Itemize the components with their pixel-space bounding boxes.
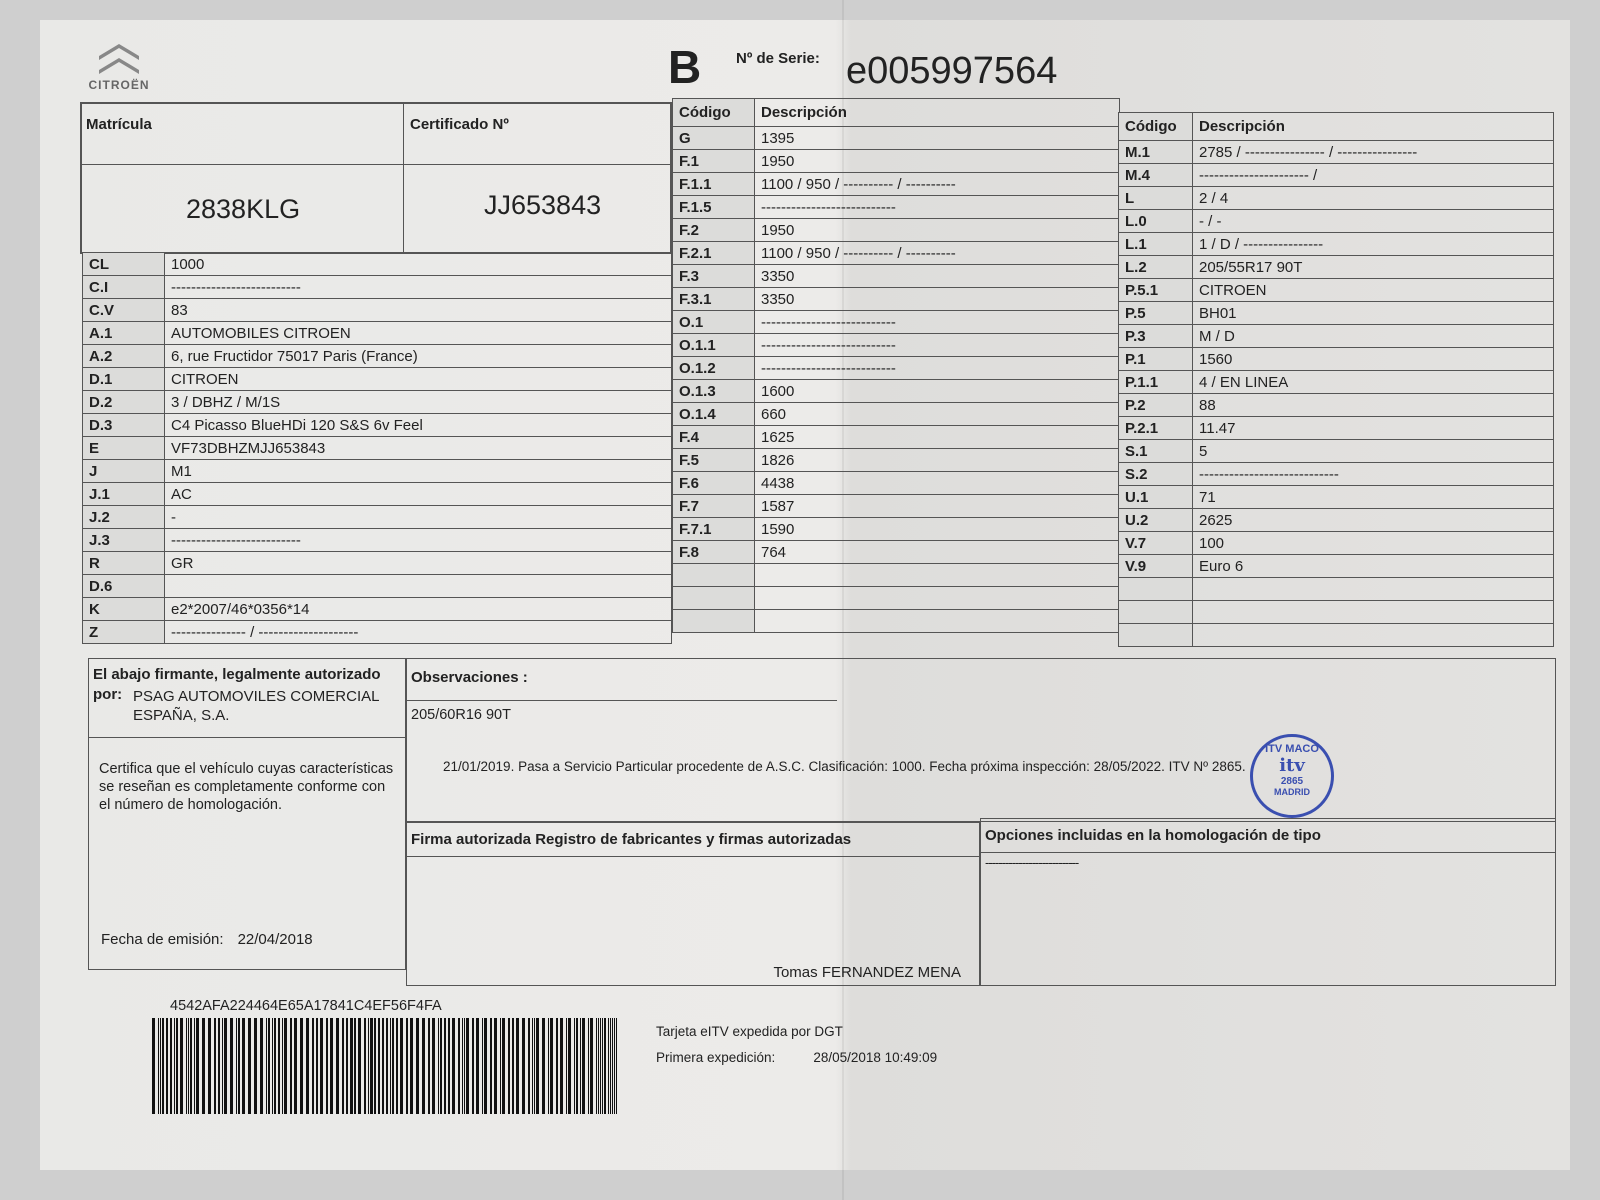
field-code: C.V: [83, 299, 165, 322]
field-value: 1625: [755, 426, 1120, 449]
field-code: [1119, 578, 1193, 601]
signatory-name: Tomas FERNANDEZ MENA: [773, 964, 961, 981]
citroen-logo: CITROËN: [78, 38, 160, 92]
table-row: [673, 610, 1120, 633]
table-row: P.3M / D: [1119, 325, 1554, 348]
field-code: F.4: [673, 426, 755, 449]
field-code: P.5.1: [1119, 279, 1193, 302]
registration-box: Matrícula 2838KLG Certificado Nº JJ65384…: [80, 102, 672, 254]
field-code: J.2: [83, 506, 165, 529]
table-row: C.I--------------------------: [83, 276, 672, 299]
field-value: 88: [1193, 394, 1554, 417]
table-row: RGR: [83, 552, 672, 575]
field-code: V.9: [1119, 555, 1193, 578]
field-code: S.2: [1119, 463, 1193, 486]
table-row: P.288: [1119, 394, 1554, 417]
table-row: F.33350: [673, 265, 1120, 288]
field-value: M1: [165, 460, 672, 483]
field-value: M / D: [1193, 325, 1554, 348]
field-value: CITROEN: [165, 368, 672, 391]
field-code: M.1: [1119, 141, 1193, 164]
field-code: D.3: [83, 414, 165, 437]
opciones-box: Opciones incluidas en la homologación de…: [980, 818, 1556, 986]
table-row: J.2-: [83, 506, 672, 529]
field-code: J.3: [83, 529, 165, 552]
field-code: O.1.4: [673, 403, 755, 426]
issued-by-text: Tarjeta eITV expedida por DGT: [656, 1024, 843, 1039]
observaciones-note: 21/01/2019. Pasa a Servicio Particular p…: [443, 759, 1246, 774]
table-row: A.26, rue Fructidor 75017 Paris (France): [83, 345, 672, 368]
observaciones-label: Observaciones :: [407, 659, 837, 701]
field-code: P.2: [1119, 394, 1193, 417]
table-row: JM1: [83, 460, 672, 483]
field-code: F.2.1: [673, 242, 755, 265]
stamp-top-text: ITV MACO: [1253, 743, 1331, 755]
field-value: ---------------------------: [755, 357, 1120, 380]
table-row: S.2----------------------------: [1119, 463, 1554, 486]
field-value: ---------------------- /: [1193, 164, 1554, 187]
field-value: [755, 587, 1120, 610]
field-value: 1590: [755, 518, 1120, 541]
field-value: 1 / D / ----------------: [1193, 233, 1554, 256]
table-row: C.V83: [83, 299, 672, 322]
field-value: --------------------------: [165, 276, 672, 299]
matricula-label: Matrícula: [86, 116, 152, 133]
opciones-label: Opciones incluidas en la homologación de…: [981, 819, 1555, 853]
field-code: J.1: [83, 483, 165, 506]
table-row: [673, 564, 1120, 587]
table-row: F.71587: [673, 495, 1120, 518]
field-value: 1100 / 950 / ---------- / ----------: [755, 242, 1120, 265]
field-value: 3350: [755, 265, 1120, 288]
first-issue-value: 28/05/2018 10:49:09: [813, 1050, 937, 1065]
table-row: O.1.2---------------------------: [673, 357, 1120, 380]
table-row: F.11950: [673, 150, 1120, 173]
table-row: P.5.1CITROEN: [1119, 279, 1554, 302]
barcode-icon: [152, 1018, 618, 1114]
table-row: M.4---------------------- /: [1119, 164, 1554, 187]
first-issue: Primera expedición:28/05/2018 10:49:09: [656, 1050, 937, 1065]
field-code: F.6: [673, 472, 755, 495]
matricula-cell: Matrícula 2838KLG: [82, 104, 404, 252]
field-value: 1950: [755, 219, 1120, 242]
signer-company: PSAG AUTOMOVILES COMERCIAL ESPAÑA, S.A.: [89, 687, 405, 725]
signer-company-line2: ESPAÑA, S.A.: [133, 706, 405, 725]
field-code: L.2: [1119, 256, 1193, 279]
firma-box: Firma autorizada Registro de fabricantes…: [406, 822, 980, 986]
field-value: ---------------------------: [755, 311, 1120, 334]
table-row: [1119, 624, 1554, 647]
table-row: S.15: [1119, 440, 1554, 463]
table-row: O.1.31600: [673, 380, 1120, 403]
field-value: 3 / DBHZ / M/1S: [165, 391, 672, 414]
field-code: O.1.2: [673, 357, 755, 380]
field-code: F.1.5: [673, 196, 755, 219]
col-header-descripcion: Descripción: [755, 99, 1120, 127]
certificado-cell: Certificado Nº JJ653843: [404, 104, 672, 252]
field-code: O.1: [673, 311, 755, 334]
issue-date: Fecha de emisión:22/04/2018: [101, 931, 313, 948]
field-code: A.1: [83, 322, 165, 345]
field-code: G: [673, 127, 755, 150]
category-letter: B: [668, 40, 701, 94]
col-header-codigo: Código: [1119, 113, 1193, 141]
field-value: 2 / 4: [1193, 187, 1554, 210]
field-value: 1100 / 950 / ---------- / ----------: [755, 173, 1120, 196]
observaciones-box: Observaciones : 205/60R16 90T 21/01/2019…: [406, 658, 1556, 822]
table-row: D.1CITROEN: [83, 368, 672, 391]
field-code: F.7: [673, 495, 755, 518]
field-value: 6, rue Fructidor 75017 Paris (France): [165, 345, 672, 368]
matricula-value: 2838KLG: [186, 194, 300, 225]
field-code: O.1.1: [673, 334, 755, 357]
field-value: 205/55R17 90T: [1193, 256, 1554, 279]
table-row: L2 / 4: [1119, 187, 1554, 210]
field-code: P.2.1: [1119, 417, 1193, 440]
stamp-number: 2865: [1253, 776, 1331, 787]
field-code: F.1.1: [673, 173, 755, 196]
field-code: P.5: [1119, 302, 1193, 325]
field-code: R: [83, 552, 165, 575]
table-row: J.1AC: [83, 483, 672, 506]
field-code: E: [83, 437, 165, 460]
field-code: S.1: [1119, 440, 1193, 463]
serie-number: e005997564: [846, 50, 1057, 93]
field-value: 4 / EN LINEA: [1193, 371, 1554, 394]
barcode-text: 4542AFA224464E65A17841C4EF56F4FA: [170, 998, 442, 1014]
field-code: U.2: [1119, 509, 1193, 532]
field-value: ----------------------------: [1193, 463, 1554, 486]
field-value: 11.47: [1193, 417, 1554, 440]
signer-box: El abajo firmante, legalmente autorizado…: [88, 658, 406, 970]
field-code: F.3: [673, 265, 755, 288]
field-value: 5: [1193, 440, 1554, 463]
field-value: [165, 575, 672, 598]
table-row: [673, 587, 1120, 610]
field-code: L.1: [1119, 233, 1193, 256]
field-code: P.1: [1119, 348, 1193, 371]
field-value: 3350: [755, 288, 1120, 311]
table-row: L.2205/55R17 90T: [1119, 256, 1554, 279]
itv-stamp: ITV MACO itv 2865 MADRID: [1250, 734, 1334, 818]
table-row: M.12785 / ---------------- / -----------…: [1119, 141, 1554, 164]
field-value: -: [165, 506, 672, 529]
field-value: - / -: [1193, 210, 1554, 233]
field-code: K: [83, 598, 165, 621]
field-value: --------------- / --------------------: [165, 621, 672, 644]
field-value: [1193, 601, 1554, 624]
opciones-value: ----------------------------: [981, 853, 1555, 872]
certificado-value: JJ653843: [484, 190, 601, 221]
table-row: D.3C4 Picasso BlueHDi 120 S&S 6v Feel: [83, 414, 672, 437]
table-row: F.51826: [673, 449, 1120, 472]
field-value: 1587: [755, 495, 1120, 518]
field-code: L: [1119, 187, 1193, 210]
field-code: F.7.1: [673, 518, 755, 541]
field-code: L.0: [1119, 210, 1193, 233]
field-code: A.2: [83, 345, 165, 368]
field-value: AUTOMOBILES CITROEN: [165, 322, 672, 345]
field-value: [755, 564, 1120, 587]
field-value: 1560: [1193, 348, 1554, 371]
table-row: [1119, 601, 1554, 624]
field-code: M.4: [1119, 164, 1193, 187]
table-row: O.1---------------------------: [673, 311, 1120, 334]
field-code: [673, 587, 755, 610]
field-code: [673, 610, 755, 633]
field-code: D.2: [83, 391, 165, 414]
table-row: L.11 / D / ----------------: [1119, 233, 1554, 256]
field-value: 660: [755, 403, 1120, 426]
field-value: 71: [1193, 486, 1554, 509]
issue-date-value: 22/04/2018: [238, 931, 313, 948]
table-row: F.7.11590: [673, 518, 1120, 541]
technical-specs-table: Código Descripción M.12785 / -----------…: [1118, 112, 1554, 647]
field-value: VF73DBHZMJJ653843: [165, 437, 672, 460]
firma-label: Firma autorizada Registro de fabricantes…: [407, 823, 979, 857]
table-row: P.1.14 / EN LINEA: [1119, 371, 1554, 394]
issue-date-label: Fecha de emisión:: [101, 931, 224, 948]
field-code: CL: [83, 253, 165, 276]
field-value: ---------------------------: [755, 334, 1120, 357]
field-code: F.1: [673, 150, 755, 173]
field-value: 4438: [755, 472, 1120, 495]
field-code: D.1: [83, 368, 165, 391]
table-row: Z--------------- / --------------------: [83, 621, 672, 644]
table-row: V.7100: [1119, 532, 1554, 555]
field-code: [1119, 601, 1193, 624]
table-row: O.1.4660: [673, 403, 1120, 426]
first-issue-label: Primera expedición:: [656, 1050, 775, 1065]
field-value: 1950: [755, 150, 1120, 173]
field-value: [1193, 624, 1554, 647]
field-value: 1826: [755, 449, 1120, 472]
field-value: [1193, 578, 1554, 601]
field-value: 1395: [755, 127, 1120, 150]
field-value: 2625: [1193, 509, 1554, 532]
table-row: F.1.5---------------------------: [673, 196, 1120, 219]
citroen-chevrons-icon: [94, 38, 144, 78]
stamp-bottom-text: MADRID: [1253, 787, 1331, 797]
table-row: F.21950: [673, 219, 1120, 242]
field-value: ---------------------------: [755, 196, 1120, 219]
field-code: J: [83, 460, 165, 483]
field-code: F.3.1: [673, 288, 755, 311]
vehicle-identity-table: CL1000C.I--------------------------C.V83…: [82, 252, 672, 644]
table-row: EVF73DBHZMJJ653843: [83, 437, 672, 460]
table-row: O.1.1---------------------------: [673, 334, 1120, 357]
certification-text: Certifica que el vehículo cuyas caracter…: [89, 737, 405, 931]
table-row: F.64438: [673, 472, 1120, 495]
table-row: P.2.111.47: [1119, 417, 1554, 440]
field-code: P.1.1: [1119, 371, 1193, 394]
field-value: 83: [165, 299, 672, 322]
field-value: e2*2007/46*0356*14: [165, 598, 672, 621]
field-code: F.2: [673, 219, 755, 242]
field-code: U.1: [1119, 486, 1193, 509]
table-row: F.8764: [673, 541, 1120, 564]
table-row: F.2.11100 / 950 / ---------- / ---------…: [673, 242, 1120, 265]
field-value: CITROEN: [1193, 279, 1554, 302]
table-row: F.1.11100 / 950 / ---------- / ---------…: [673, 173, 1120, 196]
field-code: [1119, 624, 1193, 647]
certificado-label: Certificado Nº: [410, 116, 509, 133]
field-value: --------------------------: [165, 529, 672, 552]
field-code: F.5: [673, 449, 755, 472]
field-value: BH01: [1193, 302, 1554, 325]
table-row: D.6: [83, 575, 672, 598]
brand-name: CITROËN: [78, 78, 160, 92]
table-row: G1395: [673, 127, 1120, 150]
observaciones-tyre: 205/60R16 90T: [407, 701, 1555, 729]
weights-dimensions-table: Código Descripción G1395F.11950F.1.11100…: [672, 98, 1120, 633]
field-value: 100: [1193, 532, 1554, 555]
field-code: C.I: [83, 276, 165, 299]
table-row: D.23 / DBHZ / M/1S: [83, 391, 672, 414]
field-value: AC: [165, 483, 672, 506]
table-row: F.3.13350: [673, 288, 1120, 311]
table-row: Ke2*2007/46*0356*14: [83, 598, 672, 621]
field-code: Z: [83, 621, 165, 644]
table-row: P.11560: [1119, 348, 1554, 371]
table-row: P.5BH01: [1119, 302, 1554, 325]
itv-logo-icon: itv: [1253, 755, 1331, 776]
field-value: [755, 610, 1120, 633]
table-row: J.3--------------------------: [83, 529, 672, 552]
table-row: F.41625: [673, 426, 1120, 449]
field-value: 2785 / ---------------- / --------------…: [1193, 141, 1554, 164]
field-value: GR: [165, 552, 672, 575]
field-value: 1600: [755, 380, 1120, 403]
table-row: V.9Euro 6: [1119, 555, 1554, 578]
field-code: V.7: [1119, 532, 1193, 555]
field-value: 1000: [165, 253, 672, 276]
serie-label: Nº de Serie:: [736, 50, 820, 67]
field-code: [673, 564, 755, 587]
table-row: A.1AUTOMOBILES CITROEN: [83, 322, 672, 345]
table-row: U.22625: [1119, 509, 1554, 532]
table-row: CL1000: [83, 253, 672, 276]
field-code: F.8: [673, 541, 755, 564]
col-header-descripcion: Descripción: [1193, 113, 1554, 141]
table-row: [1119, 578, 1554, 601]
field-value: Euro 6: [1193, 555, 1554, 578]
table-row: L.0- / -: [1119, 210, 1554, 233]
field-code: D.6: [83, 575, 165, 598]
field-code: P.3: [1119, 325, 1193, 348]
field-value: C4 Picasso BlueHDi 120 S&S 6v Feel: [165, 414, 672, 437]
field-value: 764: [755, 541, 1120, 564]
col-header-codigo: Código: [673, 99, 755, 127]
field-code: O.1.3: [673, 380, 755, 403]
signer-company-line1: PSAG AUTOMOVILES COMERCIAL: [133, 687, 405, 706]
table-row: U.171: [1119, 486, 1554, 509]
header-divider: [82, 164, 670, 165]
